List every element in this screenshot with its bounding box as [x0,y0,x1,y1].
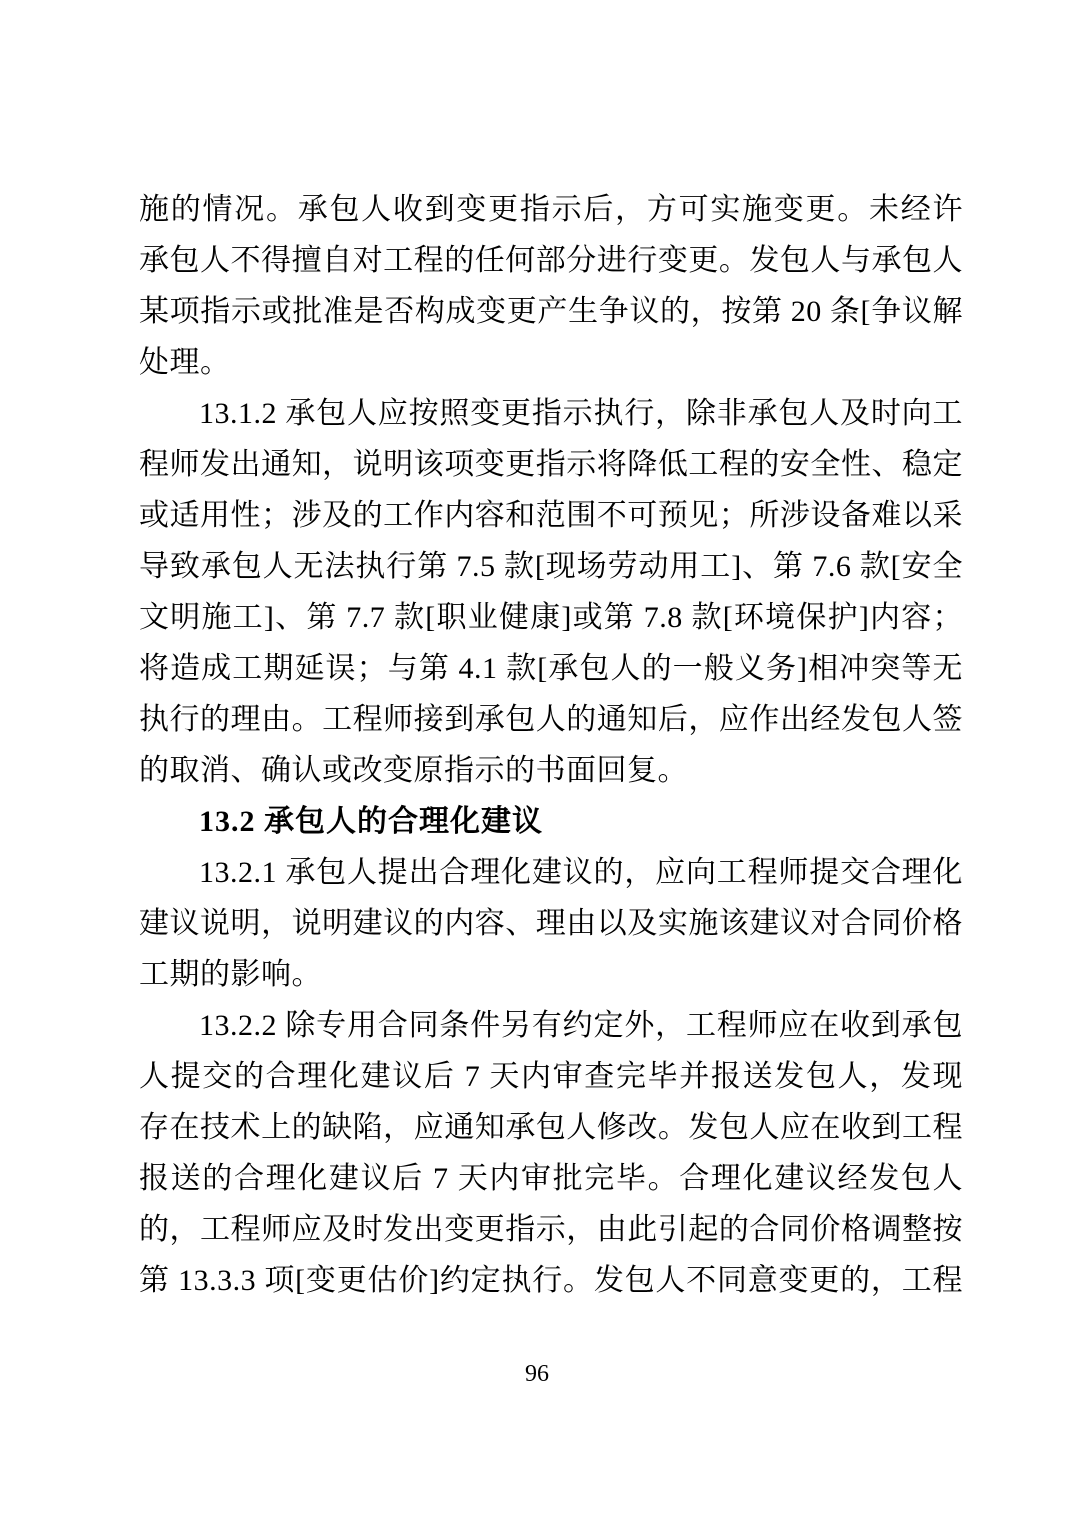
page-number: 96 [525,1361,549,1387]
text-line: 处理。 [139,337,963,388]
text-line: 某项指示或批准是否构成变更产生争议的，按第 20 条[争议解决] [139,286,963,337]
clause-13-2-1-start: 13.2.1 承包人提出合理化建议的，应向工程师提交合理化 [139,847,963,898]
text-line: 报送的合理化建议后 7 天内审批完毕。合理化建议经发包人批准 [139,1153,963,1204]
text-line: 或适用性；涉及的工作内容和范围不可预见；所涉设备难以采购； [139,490,963,541]
text-line: 第 13.3.3 项[变更估价]约定执行。发包人不同意变更的，工程 [139,1255,963,1306]
text-line: 将造成工期延误；与第 4.1 款[承包人的一般义务]相冲突等无法 [139,643,963,694]
document-text-block: 施的情况。承包人收到变更指示后，方可实施变更。未经许可， 承包人不得擅自对工程的… [139,184,963,1306]
text-line: 施的情况。承包人收到变更指示后，方可实施变更。未经许可， [139,184,963,235]
page-footer: 96 [0,1358,1074,1390]
text-line: 执行的理由。工程师接到承包人的通知后，应作出经发包人签认 [139,694,963,745]
text-line: 建议说明，说明建议的内容、理由以及实施该建议对合同价格和 [139,898,963,949]
text-line: 的，工程师应及时发出变更指示，由此引起的合同价格调整按照 [139,1204,963,1255]
text-line: 工期的影响。 [139,949,963,1000]
text-line: 承包人不得擅自对工程的任何部分进行变更。发包人与承包人对 [139,235,963,286]
text-line: 导致承包人无法执行第 7.5 款[现场劳动用工]、第 7.6 款[安全 [139,541,963,592]
document-page: 施的情况。承包人收到变更指示后，方可实施变更。未经许可， 承包人不得擅自对工程的… [0,0,1074,1520]
text-line: 的取消、确认或改变原指示的书面回复。 [139,745,963,796]
section-heading-13-2: 13.2 承包人的合理化建议 [139,796,963,847]
text-line: 人提交的合理化建议后 7 天内审查完毕并报送发包人，发现其中 [139,1051,963,1102]
clause-13-2-2-start: 13.2.2 除专用合同条件另有约定外，工程师应在收到承包 [139,1000,963,1051]
text-line: 文明施工]、第 7.7 款[职业健康]或第 7.8 款[环境保护]内容； [139,592,963,643]
clause-13-1-2-start: 13.1.2 承包人应按照变更指示执行，除非承包人及时向工 [139,388,963,439]
text-line: 存在技术上的缺陷，应通知承包人修改。发包人应在收到工程师 [139,1102,963,1153]
text-line: 程师发出通知，说明该项变更指示将降低工程的安全性、稳定性 [139,439,963,490]
